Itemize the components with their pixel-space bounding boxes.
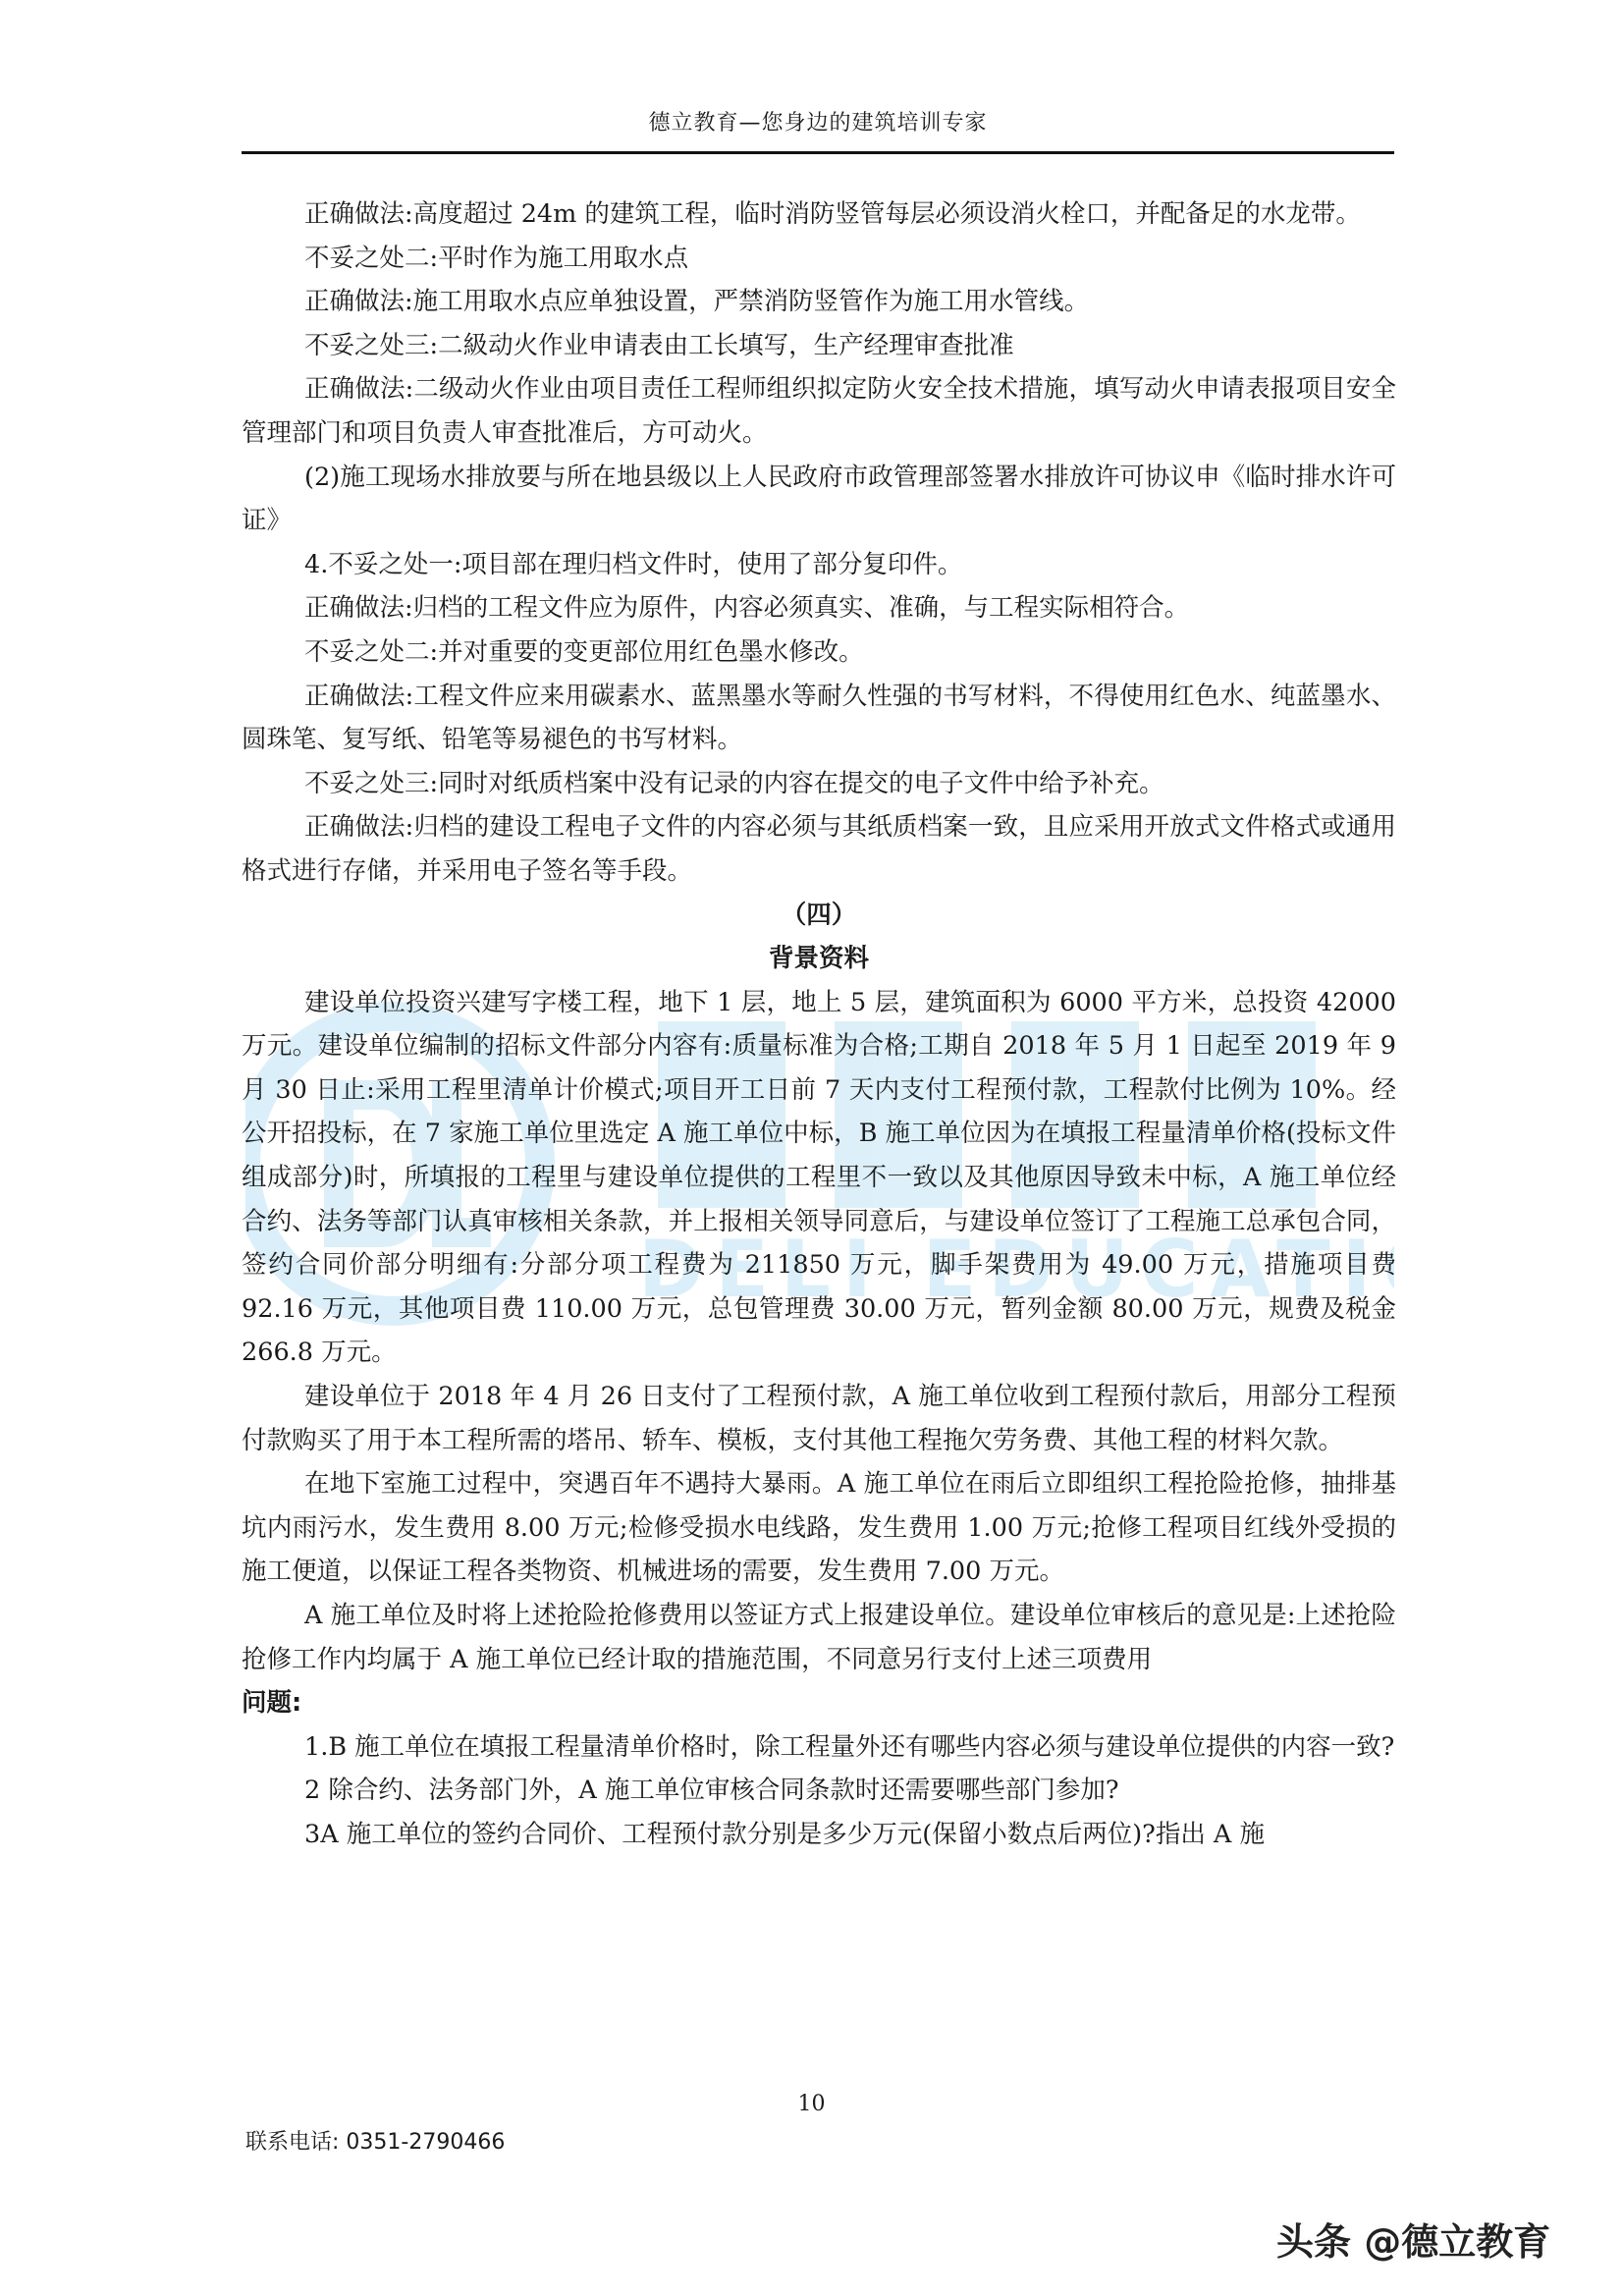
- paragraph: 正确做法:工程文件应来用碳素水、蓝黑墨水等耐久性强的书写材料，不得使用红色水、纯…: [242, 675, 1396, 762]
- paragraph: 正确做法:归档的建设工程电子文件的内容必须与其纸质档案一致，且应采用开放式文件格…: [242, 805, 1396, 893]
- background-paragraph: 建设单位投资兴建写字楼工程，地下 1 层，地上 5 层，建筑面积为 6000 平…: [242, 981, 1396, 1375]
- paragraph: 不妥之处二:平时作为施工用取水点: [242, 237, 1396, 281]
- background-paragraph: 在地下室施工过程中，突遇百年不遇持大暴雨。A 施工单位在雨后立即组织工程抢险抢修…: [242, 1462, 1396, 1594]
- page-header: 德立教育—您身边的建筑培训专家: [242, 106, 1394, 137]
- section-number: （四）: [242, 894, 1396, 938]
- question-item: 2 除合约、法务部门外，A 施工单位审核合同条款时还需要哪些部门参加?: [242, 1769, 1396, 1813]
- paragraph: (2)施工现场水排放要与所在地县级以上人民政府市政管理部签署水排放许可协议申《临…: [242, 456, 1396, 543]
- paragraph: 不妥之处二:并对重要的变更部位用红色墨水修改。: [242, 630, 1396, 675]
- header-divider: [242, 151, 1394, 154]
- section-title: 背景资料: [242, 937, 1396, 981]
- paragraph: 不妥之处三:二級动火作业申请表由工长填写，生产经理审查批准: [242, 324, 1396, 368]
- paragraph: 正确做法:归档的工程文件应为原件，内容必须真实、准确，与工程实际相符合。: [242, 586, 1396, 630]
- paragraph: 4.不妥之处一:项目部在理归档文件时，使用了部分复印件。: [242, 543, 1396, 587]
- paragraph: 正确做法:二级动火作业由项目责任工程师组织拟定防火安全技术措施，填写动火申请表报…: [242, 367, 1396, 455]
- page-number: 10: [0, 2092, 1623, 2116]
- contact-phone: 联系电话: 0351-2790466: [245, 2125, 505, 2156]
- source-watermark: 头条 @德立教育: [1276, 2212, 1550, 2266]
- paragraph: 不妥之处三:同时对纸质档案中没有记录的内容在提交的电子文件中给予补充。: [242, 762, 1396, 806]
- document-body: 正确做法:高度超过 24m 的建筑工程，临时消防竖管每层必须设消火栓口，并配备足…: [242, 192, 1396, 1857]
- question-item: 1.B 施工单位在填报工程量清单价格时，除工程量外还有哪些内容必须与建设单位提供…: [242, 1725, 1396, 1770]
- questions-label: 问题:: [242, 1681, 1396, 1725]
- paragraph: 正确做法:高度超过 24m 的建筑工程，临时消防竖管每层必须设消火栓口，并配备足…: [242, 192, 1396, 237]
- question-item: 3A 施工单位的签约合同价、工程预付款分别是多少万元(保留小数点后两位)?指出 …: [242, 1813, 1396, 1857]
- paragraph: 正确做法:施工用取水点应单独设置，严禁消防竖管作为施工用水管线。: [242, 280, 1396, 324]
- background-paragraph: 建设单位于 2018 年 4 月 26 日支付了工程预付款，A 施工单位收到工程…: [242, 1375, 1396, 1462]
- background-paragraph: A 施工单位及时将上述抢险抢修费用以签证方式上报建设单位。建设单位审核后的意见是…: [242, 1594, 1396, 1681]
